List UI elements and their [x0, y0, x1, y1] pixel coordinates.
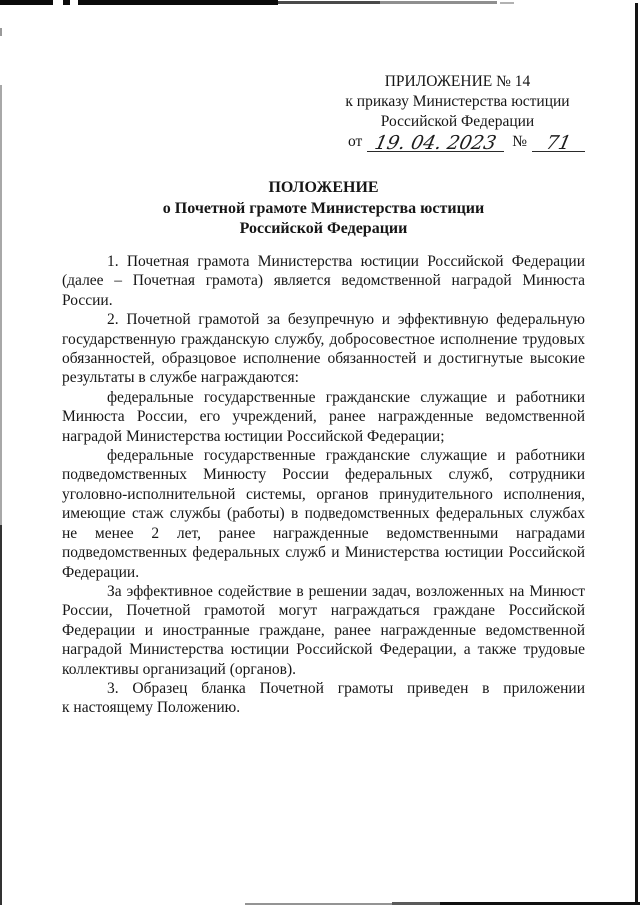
paragraph-1: 1. Почетная грамота Министерства юстиции… [62, 252, 585, 310]
handwritten-date: 19. 04. 2023 [365, 133, 506, 153]
date-label: от [348, 132, 362, 152]
scanned-document-page: ПРИЛОЖЕНИЕ № 14 к приказу Министерства ю… [0, 0, 640, 905]
handwritten-number: 71 [530, 133, 587, 153]
order-date-number-row: от 19. 04. 2023 № 71 [348, 132, 585, 152]
paragraph-2: 2. Почетной грамотой за безупречную и эф… [62, 310, 585, 388]
date-underline: 19. 04. 2023 [367, 132, 504, 152]
scan-artifact-top-gray [380, 1, 497, 4]
title-line-3: Российской Федерации [62, 219, 585, 240]
appendix-number-line: ПРИЛОЖЕНИЕ № 14 [330, 72, 585, 92]
scan-artifact-top-dark [278, 1, 380, 4]
number-underline: 71 [532, 132, 585, 152]
scan-artifact-top-black [0, 0, 278, 5]
paragraph-3: федеральные государственные гражданские … [62, 388, 585, 446]
document-title: ПОЛОЖЕНИЕ о Почетной грамоте Министерств… [62, 178, 585, 240]
scan-artifact-left-edge-light [0, 85, 2, 525]
paragraph-5: За эффективное содействие в решении зада… [62, 582, 585, 679]
scan-artifact-top-dash [500, 2, 514, 4]
paragraph-4: федеральные государственные гражданские … [62, 446, 585, 582]
scan-artifact-top-notch [70, 0, 78, 5]
to-order-line-1: к приказу Министерства юстиции [330, 92, 585, 112]
scan-artifact-left-edge-dark [0, 525, 2, 905]
scan-artifact-top-notch [53, 0, 63, 5]
paragraph-6: 3. Образец бланка Почетной грамоты приве… [62, 679, 585, 718]
appendix-header: ПРИЛОЖЕНИЕ № 14 к приказу Министерства ю… [330, 72, 585, 152]
title-line-2: о Почетной грамоте Министерства юстиции [62, 199, 585, 220]
scan-artifact-right-edge [635, 3, 638, 905]
scan-artifact-left-tick [0, 28, 2, 36]
number-label: № [512, 132, 527, 152]
to-order-line-2: Российской Федерации [330, 112, 585, 132]
title-line-1: ПОЛОЖЕНИЕ [62, 178, 585, 199]
document-body: 1. Почетная грамота Министерства юстиции… [62, 252, 585, 718]
